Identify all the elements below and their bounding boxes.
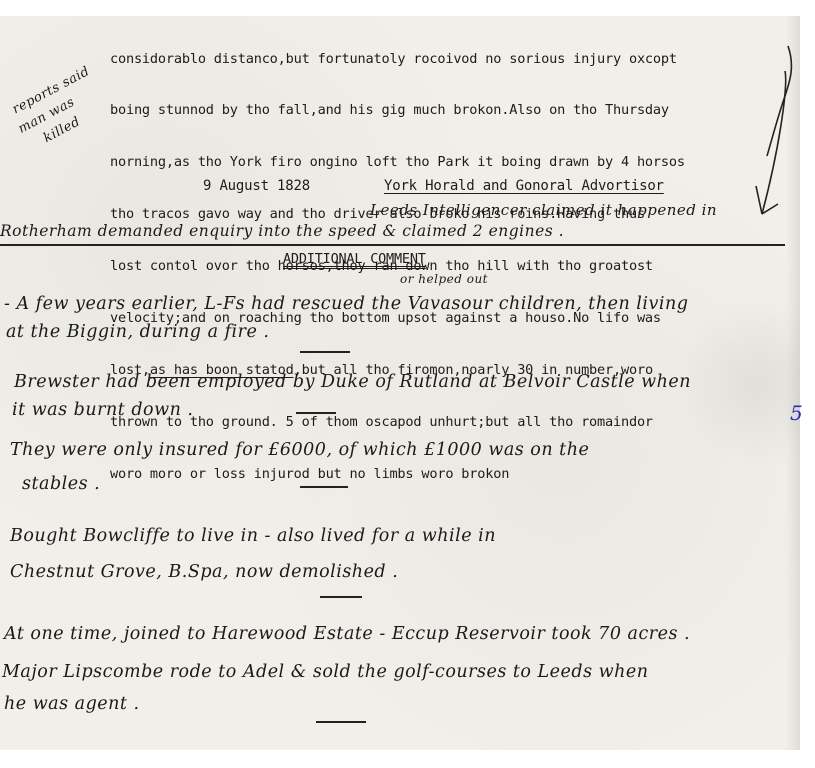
caret-insert: or helped out xyxy=(400,272,488,286)
comment-paragraph-line: at the Biggin, during a fire . xyxy=(6,322,270,342)
comment-paragraph-line: They were only insured for £6000, of whi… xyxy=(10,440,589,460)
comment-paragraph-line: At one time, joined to Harewood Estate -… xyxy=(4,624,690,644)
comment-paragraph-line: stables . xyxy=(22,474,100,494)
arrow-annotation-icon xyxy=(740,26,800,246)
typed-line: norning,as tho York firo ongino loft tho… xyxy=(110,154,685,171)
comment-paragraph-line: Major Lipscombe rode to Adel & sold the … xyxy=(2,662,649,682)
paragraph-separator xyxy=(300,351,350,353)
handwritten-insert-line2: Rotherham demanded enquiry into the spee… xyxy=(0,222,564,240)
paragraph-separator xyxy=(320,596,362,598)
paragraph-separator xyxy=(316,721,366,723)
citation-source: York Horald and Gonoral Advortisor xyxy=(384,178,664,195)
typed-line: considorablo distanco,but fortunatoly ro… xyxy=(110,51,685,68)
comment-paragraph-line: Chestnut Grove, B.Spa, now demolished . xyxy=(10,562,398,582)
comment-paragraph-line: Brewster had been employed by Duke of Ru… xyxy=(14,372,691,392)
citation-date: 9 August 1828 xyxy=(203,178,310,195)
comment-paragraph-line: he was agent . xyxy=(4,694,140,714)
handwritten-insert-line1: Leeds Intelligencer claimed it happened … xyxy=(370,201,717,219)
comment-paragraph-line: Bought Bowcliffe to live in - also lived… xyxy=(10,526,496,546)
document-page: considorablo distanco,but fortunatoly ro… xyxy=(0,16,800,750)
comment-paragraph-line: it was burnt down . xyxy=(12,400,193,420)
paragraph-separator xyxy=(300,486,348,488)
typed-line: thrown to tho ground. 5 of thom oscapod … xyxy=(110,414,685,431)
margin-number-right: 5 xyxy=(790,401,803,425)
section-heading: ADDITIONAL COMMENT xyxy=(283,251,426,268)
typed-line: boing stunnod by tho fall,and his gig mu… xyxy=(110,102,685,119)
comment-paragraph-line: - A few years earlier, L-Fs had rescued … xyxy=(4,294,688,314)
typed-line: woro moro or loss injurod but no limbs w… xyxy=(110,466,685,483)
section-divider xyxy=(0,244,785,246)
paragraph-separator xyxy=(296,412,336,414)
margin-note-left: reports said man was killed xyxy=(2,62,112,159)
